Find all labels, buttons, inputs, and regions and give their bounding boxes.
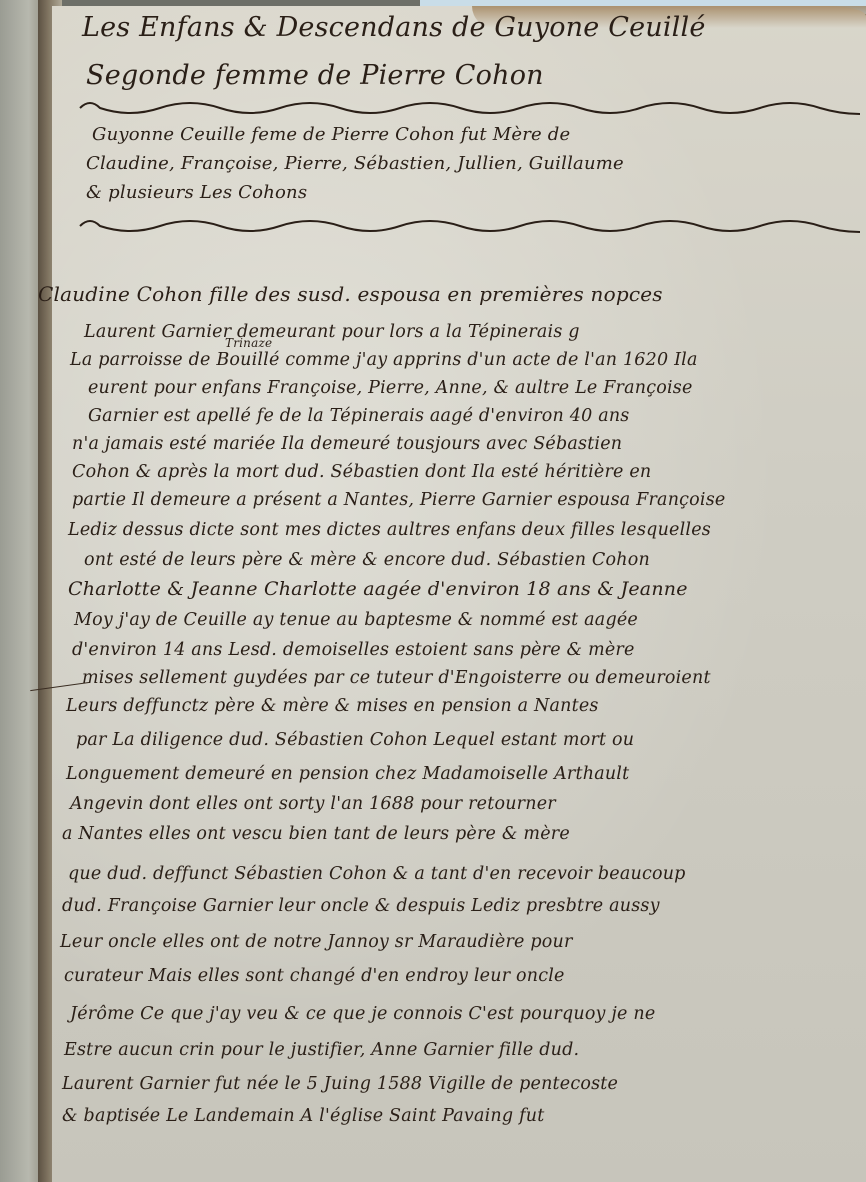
entry-line: & baptisée Le Landemain A l'église Saint… (62, 1106, 544, 1126)
entry-line: La parroisse de Bouillé comme j'ay appri… (70, 350, 698, 370)
entry-line: Angevin dont elles ont sorty l'an 1688 p… (70, 794, 556, 814)
entry-line: Leurs deffunctz père & mère & mises en p… (66, 696, 599, 716)
entry-line: Jérôme Ce que j'ay veu & ce que je conno… (70, 1004, 655, 1024)
entry-line: curateur Mais elles sont changé d'en end… (64, 966, 565, 986)
entry-line: Charlotte & Jeanne Charlotte aagée d'env… (68, 578, 688, 600)
entry-line: d'environ 14 ans Lesd. demoiselles estoi… (72, 640, 635, 660)
entry-line: ont esté de leurs père & mère & encore d… (84, 550, 650, 570)
wavy-divider-icon (70, 96, 860, 126)
entry-line: Garnier est apellé fe de la Tépinerais a… (88, 406, 629, 426)
entry-line: n'a jamais esté mariée Ila demeuré tousj… (72, 434, 622, 454)
entry-line: Laurent Garnier fut née le 5 Juing 1588 … (62, 1074, 618, 1094)
entry-line: dud. Françoise Garnier leur oncle & desp… (62, 896, 660, 916)
entry-line: par La diligence dud. Sébastien Cohon Le… (76, 730, 634, 750)
entry-line: Lediz dessus dicte sont mes dictes aultr… (68, 520, 711, 540)
wavy-divider-icon (70, 212, 860, 242)
entry-line: partie Il demeure a présent a Nantes, Pi… (72, 490, 725, 510)
entry-line: Claudine Cohon fille des susd. espousa e… (38, 282, 663, 306)
entry-line: que dud. deffunct Sébastien Cohon & a ta… (68, 864, 686, 884)
entry-line: Cohon & après la mort dud. Sébastien don… (72, 462, 651, 482)
summary-line-1: Guyonne Ceuille feme de Pierre Cohon fut… (92, 124, 570, 145)
interlinear-note: Trinaze (225, 336, 272, 350)
entry-line: Moy j'ay de Ceuille ay tenue au baptesme… (74, 610, 638, 630)
entry-line: Leur oncle elles ont de notre Jannoy sr … (60, 932, 573, 952)
entry-line: Longuement demeuré en pension chez Madam… (66, 764, 629, 784)
entry-line: Estre aucun crin pour le justifier, Anne… (64, 1040, 579, 1060)
entry-line: eurent pour enfans Françoise, Pierre, An… (88, 378, 693, 398)
entry-line: Laurent Garnier demeurant pour lors a la… (84, 322, 580, 342)
summary-line-2: Claudine, Françoise, Pierre, Sébastien, … (86, 153, 624, 174)
summary-line-3: & plusieurs Les Cohons (86, 182, 307, 203)
entry-line: mises sellement guydées par ce tuteur d'… (82, 668, 711, 688)
entry-line: a Nantes elles ont vescu bien tant de le… (62, 824, 570, 844)
heading-line-2: Segonde femme de Pierre Cohon (86, 60, 544, 91)
heading-line-1: Les Enfans & Descendans de Guyone Ceuill… (82, 12, 706, 43)
